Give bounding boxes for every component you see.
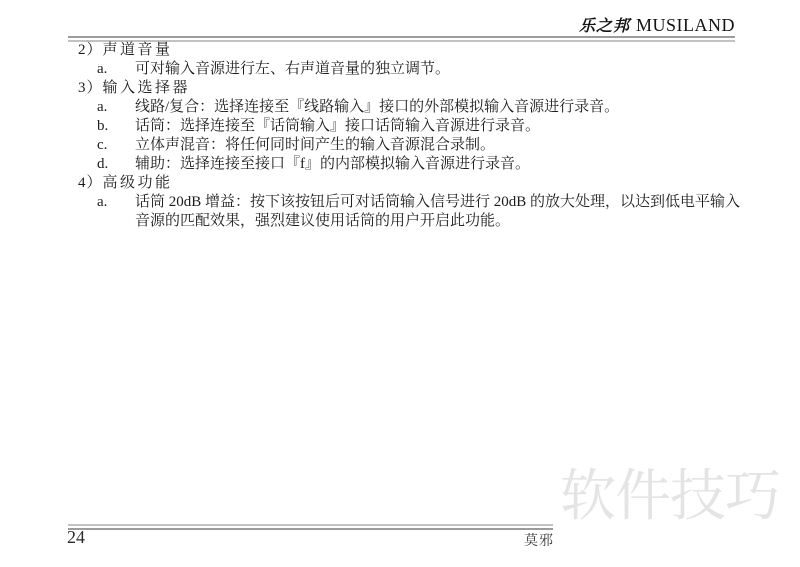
- brand-english-text: MUSILAND: [636, 15, 735, 35]
- list-item-marker: a.: [97, 60, 107, 79]
- section-heading: 3）输入选择器: [78, 79, 746, 98]
- section-heading: 2）声道音量: [78, 41, 746, 60]
- list-item: c. 立体声混音：将任何同时间产生的输入音源混合录制。: [78, 136, 746, 155]
- list-item-marker: c.: [97, 136, 107, 155]
- list-item: b. 话筒：选择连接至『话筒输入』接口话筒输入音源进行录音。: [78, 117, 746, 136]
- page-number: 24: [67, 527, 85, 548]
- section-marker: 3）: [78, 80, 103, 96]
- section-title: 声道音量: [103, 42, 173, 58]
- section-title: 高级功能: [103, 175, 173, 191]
- section-heading: 4）高级功能: [78, 174, 746, 193]
- list-item-text: 话筒 20dB 增益：按下该按钮后可对话筒输入信号进行 20dB 的放大处理，以…: [135, 194, 740, 229]
- section-marker: 4）: [78, 175, 103, 191]
- brand-logo: 乐之邦MUSILAND: [579, 13, 735, 36]
- list-item-text: 立体声混音：将任何同时间产生的输入音源混合录制。: [135, 137, 495, 153]
- section-title: 输入选择器: [103, 80, 191, 96]
- list-item-marker: b.: [97, 117, 108, 136]
- list-item-text: 线路/复合：选择连接至『线路输入』接口的外部模拟输入音源进行录音。: [135, 99, 619, 115]
- footer-center-text: 莫邪: [524, 530, 554, 550]
- document-body: 2）声道音量 a. 可对输入音源进行左、右声道音量的独立调节。 3）输入选择器 …: [78, 41, 746, 231]
- list-item-text: 辅助：选择连接至接口『f』的内部模拟输入音源进行录音。: [135, 156, 530, 172]
- brand-chinese-text: 乐之邦: [579, 18, 630, 35]
- list-item-text: 可对输入音源进行左、右声道音量的独立调节。: [135, 61, 450, 77]
- list-item: d. 辅助：选择连接至接口『f』的内部模拟输入音源进行录音。: [78, 155, 746, 174]
- list-item: a. 可对输入音源进行左、右声道音量的独立调节。: [78, 60, 746, 79]
- watermark-text: 软件技巧: [560, 468, 780, 524]
- list-item: a. 话筒 20dB 增益：按下该按钮后可对话筒输入信号进行 20dB 的放大处…: [78, 193, 746, 231]
- list-item-marker: a.: [97, 98, 107, 117]
- list-item: a. 线路/复合：选择连接至『线路输入』接口的外部模拟输入音源进行录音。: [78, 98, 746, 117]
- list-item-marker: d.: [97, 155, 108, 174]
- list-item-marker: a.: [97, 193, 107, 212]
- section-marker: 2）: [78, 42, 103, 58]
- footer-rule: [68, 524, 553, 530]
- document-page: 乐之邦MUSILAND 软件技巧 2）声道音量 a. 可对输入音源进行左、右声道…: [0, 0, 800, 567]
- list-item-text: 话筒：选择连接至『话筒输入』接口话筒输入音源进行录音。: [135, 118, 540, 134]
